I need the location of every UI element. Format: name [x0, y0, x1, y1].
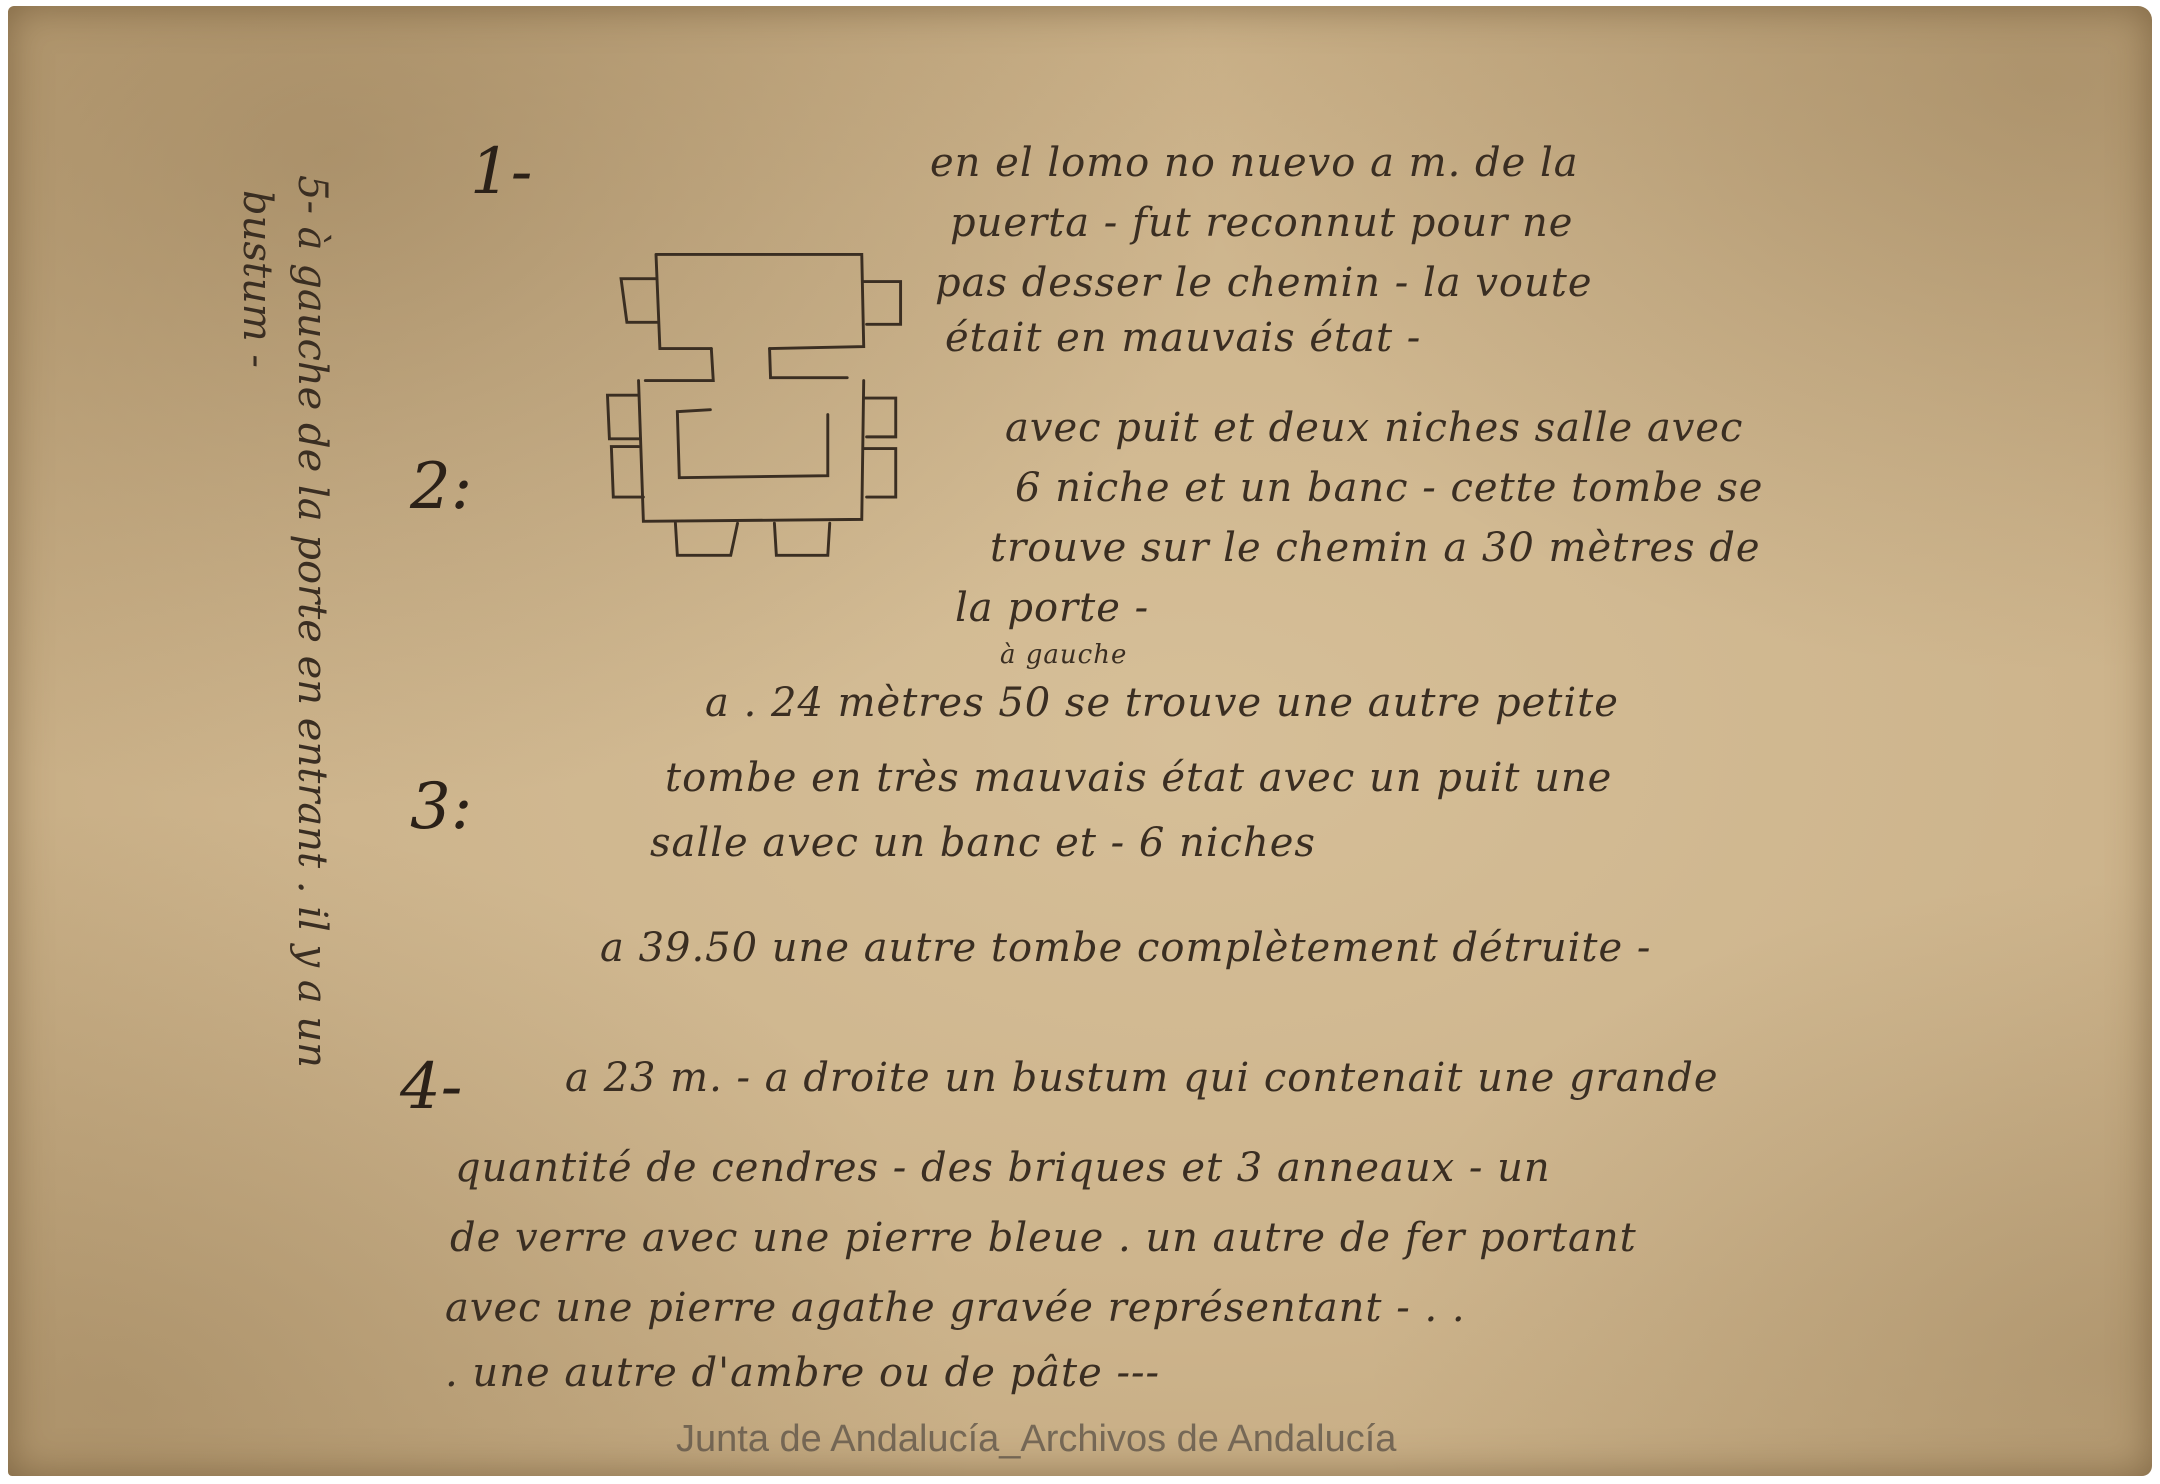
archive-watermark: Junta de Andalucía_Archivos de Andalucía — [676, 1418, 1396, 1461]
entry3-line3: salle avec un banc et - 6 niches — [650, 820, 1316, 866]
entry3-superscript: à gauche — [1000, 640, 1127, 670]
margin-note-line1: 5- à gauche de la porte en entrant . il … — [289, 175, 335, 1068]
entry2-line4: la porte - — [955, 585, 1149, 631]
entry1-line2: puerta - fut reconnut pour ne — [950, 200, 1573, 246]
entry-number-2: 2: — [410, 450, 472, 524]
entry1-line4: était en mauvais état - — [945, 315, 1421, 361]
entry2-line3: trouve sur le chemin a 30 mètres de — [990, 525, 1761, 571]
entry-number-1: 1- — [470, 135, 532, 209]
entry1-line3: pas desser le chemin - la voute — [935, 260, 1593, 306]
entry-number-4: 4- — [400, 1050, 462, 1124]
entry2-line1: avec puit et deux niches salle avec — [1005, 405, 1743, 451]
entry4-line3: de verre avec une pierre bleue . un autr… — [450, 1215, 1637, 1261]
entry-number-3: 3: — [410, 770, 472, 844]
entry4-line5: . une autre d'ambre ou de pâte --- — [445, 1350, 1160, 1396]
entry4-line4: avec une pierre agathe gravée représenta… — [445, 1285, 1466, 1331]
entry4-line2: quantité de cendres - des briques et 3 a… — [455, 1145, 1551, 1191]
entry-3b-line1: a 39.50 une autre tombe complètement dét… — [600, 925, 1651, 971]
entry2-line2: 6 niche et un banc - cette tombe se — [1015, 465, 1763, 511]
entry3-line2: tombe en très mauvais état avec un puit … — [665, 755, 1612, 801]
entry3-line1: a . 24 mètres 50 se trouve une autre pet… — [705, 680, 1619, 726]
entry4-line1: a 23 m. - a droite un bustum qui contena… — [565, 1055, 1719, 1101]
entry1-line1: en el lomo no nuevo a m. de la — [930, 140, 1579, 186]
floor-plan-sketch — [590, 235, 920, 565]
margin-note-line2: bustum - — [234, 190, 280, 368]
